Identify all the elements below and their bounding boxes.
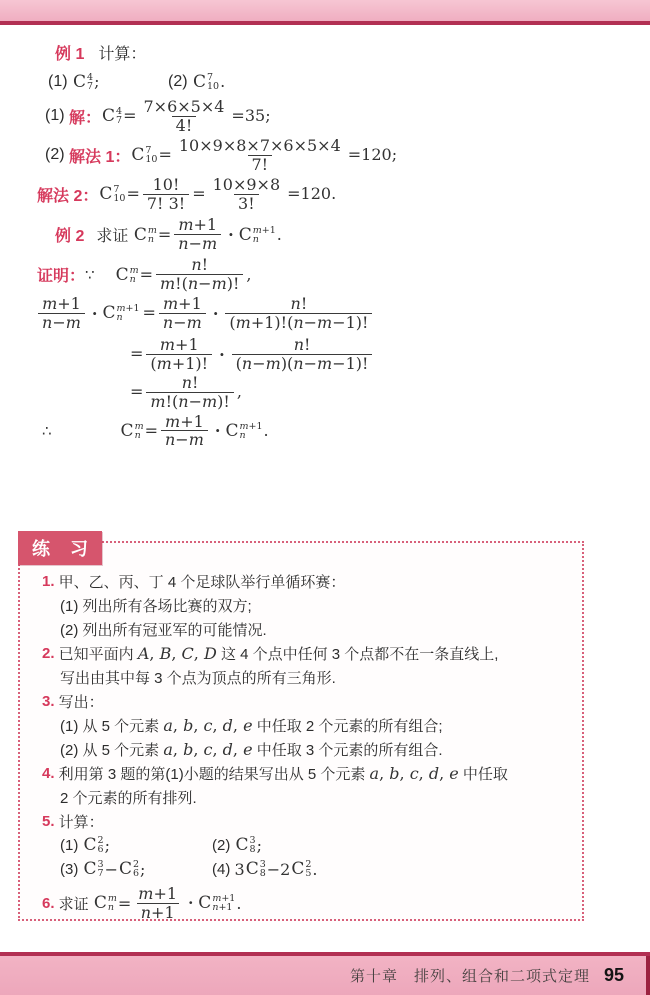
- math-variable: n: [239, 431, 245, 440]
- fraction: 10×9×83!: [209, 176, 285, 213]
- math-operator: ;: [105, 836, 110, 855]
- math-variable: n: [108, 903, 114, 912]
- logic-symbol: ∴: [42, 422, 52, 440]
- math-variable: n: [191, 256, 201, 274]
- content-line: 证明：∵Cmn=n!m!(n−m)!,: [0, 256, 650, 293]
- math-variable: n: [293, 314, 303, 332]
- combination-symbol: Cmn: [134, 225, 157, 245]
- math-run: =: [126, 184, 139, 204]
- math-run: a, b, c, d, e: [163, 740, 252, 759]
- math-variable: d: [223, 716, 233, 735]
- denominator: (m+1)!(n−m−1)!: [225, 313, 372, 332]
- math-operator: +1: [248, 422, 262, 431]
- combination-scripts: 25: [305, 860, 311, 878]
- text-run: (1): [60, 837, 83, 854]
- math-operator: +1)!: [172, 355, 208, 373]
- combination-symbol: C26: [119, 859, 139, 879]
- denominator: n+1: [137, 903, 179, 922]
- math-variable: n: [293, 355, 303, 373]
- denominator: n−m: [174, 234, 221, 253]
- combination-scripts: 710: [145, 146, 157, 164]
- logic-symbol: ∵: [85, 266, 95, 284]
- math-operator: 7: [98, 869, 104, 878]
- text-run: (4): [212, 861, 235, 878]
- math-variable: m: [189, 431, 204, 449]
- math-variable: n: [294, 336, 304, 354]
- math-operator: −: [173, 314, 186, 332]
- math-operator: −: [105, 860, 118, 879]
- math-variable: m: [236, 314, 251, 332]
- math-run: 3: [235, 860, 245, 879]
- math-operator: +1: [57, 295, 81, 313]
- combination-scripts: mn: [148, 226, 157, 244]
- combination-letter: C: [102, 303, 115, 323]
- content-line: (2) 解法 1：C710=10×9×8×7×6×5×47!=120;: [0, 137, 650, 174]
- math-operator: =: [126, 184, 139, 203]
- content-line: 2 个元素的所有排列.: [42, 785, 574, 809]
- math-variable: m: [66, 314, 81, 332]
- combination-scripts: 37: [98, 860, 104, 878]
- math-run: ,: [246, 265, 251, 285]
- numerator: 10×9×8: [209, 176, 285, 194]
- content-line: 3. 写出：: [42, 689, 574, 713]
- text-run: (1) 从 5 个元素: [60, 715, 163, 736]
- denominator: n−m: [159, 313, 206, 332]
- math-variable: m: [138, 885, 153, 903]
- math-variable: m: [42, 295, 57, 313]
- text-run: 写出由其中每 3 个点为顶点的所有三角形.: [60, 667, 336, 688]
- text-run: 甲、乙、丙、丁 4 个足球队举行单循环赛：: [55, 571, 346, 592]
- math-operator: .: [220, 72, 225, 91]
- math-operator: ,: [439, 764, 449, 783]
- math-variable: n: [178, 393, 188, 411]
- fraction: m+1n−m: [38, 295, 85, 332]
- combination-scripts: 47: [116, 107, 122, 125]
- math-operator: 8: [260, 869, 266, 878]
- numerator: n!: [290, 336, 315, 354]
- text-run: 中任取 2 个元素的所有组合;: [253, 715, 443, 736]
- text-run: (2): [45, 146, 69, 164]
- fraction: m+1(m+1)!: [146, 336, 212, 373]
- practice-label-char: 习: [70, 535, 88, 561]
- math-operator: 3: [235, 860, 245, 879]
- math-operator: !: [301, 295, 307, 313]
- numerator: m+1: [161, 413, 208, 431]
- math-operator: ;: [94, 72, 99, 91]
- combination-letter: C: [246, 859, 259, 879]
- math-operator: +1: [126, 304, 140, 313]
- fraction: m+1n−m: [161, 413, 208, 450]
- dot-operator: ·: [188, 894, 193, 912]
- denominator: 7!: [248, 155, 273, 174]
- math-operator: =120;: [348, 145, 397, 164]
- math-run: =: [158, 225, 171, 245]
- fraction: m+1n−m: [174, 216, 221, 253]
- combination-symbol: C710: [131, 145, 157, 165]
- text-run: 计算：: [98, 41, 146, 64]
- combination-letter: C: [84, 859, 97, 879]
- combination-letter: C: [99, 184, 112, 204]
- practice-body: 1. 甲、乙、丙、丁 4 个足球队举行单循环赛：(1) 列出所有各场比赛的双方;…: [20, 543, 582, 922]
- fraction: m+1n+1: [134, 885, 181, 922]
- math-operator: ,: [173, 716, 183, 735]
- math-operator: ;: [140, 860, 145, 879]
- practice-box: 练 习 1. 甲、乙、丙、丁 4 个足球队举行单循环赛：(1) 列出所有各场比赛…: [18, 541, 584, 921]
- math-operator: =120.: [287, 184, 336, 203]
- combination-symbol: Cm+1n+1: [198, 893, 235, 913]
- math-operator: 10: [113, 194, 125, 203]
- examples-section: 例 1计算：(1) C47;(2) C710.(1) 解：C47=7×6×5×4…: [0, 40, 650, 449]
- numerator: 10×9×8×7×6×5×4: [175, 137, 345, 155]
- content-line: =m+1(m+1)!·n!(n−m)(n−m−1)!: [0, 336, 650, 373]
- red-label: 3.: [42, 693, 55, 710]
- math-operator: )!: [217, 393, 230, 411]
- math-run: =: [192, 184, 205, 204]
- fraction: 7×6×5×44!: [139, 98, 228, 135]
- math-run: =: [123, 106, 136, 126]
- combination-symbol: C26: [84, 835, 104, 855]
- math-operator: −: [304, 314, 317, 332]
- math-variable: c: [410, 764, 419, 783]
- content-line: ∴Cmn=m+1n−m·Cm+1n.: [0, 413, 650, 450]
- fraction: 10×9×8×7×6×5×47!: [175, 137, 345, 174]
- math-variable: n: [42, 314, 52, 332]
- content-line: 解法 2：C710=10!7! 3!=10×9×83!=120.: [0, 176, 650, 213]
- combination-letter: C: [239, 225, 252, 245]
- content-line: 写出由其中每 3 个点为顶点的所有三角形.: [42, 665, 574, 689]
- subscript: n: [239, 431, 245, 440]
- denominator: m!(n−m)!: [146, 392, 233, 411]
- math-operator: 5: [305, 869, 311, 878]
- math-operator: .: [312, 860, 317, 879]
- content-line: (2) 从 5 个元素 a, b, c, d, e 中任取 3 个元素的所有组合…: [42, 737, 574, 761]
- red-label: 例 2: [55, 223, 84, 246]
- combination-symbol: C47: [73, 72, 93, 92]
- math-operator: =: [130, 382, 143, 401]
- math-run: ;: [94, 72, 99, 92]
- red-label: 证明：: [37, 263, 85, 286]
- fraction: n!m!(n−m)!: [146, 374, 233, 411]
- text-run: (2): [168, 73, 192, 91]
- math-run: .: [277, 225, 282, 245]
- math-run: =120;: [348, 145, 397, 165]
- combination-scripts: 38: [260, 860, 266, 878]
- subscript: n: [253, 235, 259, 244]
- math-operator: 7×6×5×4: [143, 98, 224, 116]
- numerator: m+1: [174, 216, 221, 234]
- combination-scripts: m+1n: [116, 304, 139, 322]
- text-run: 写出：: [55, 691, 104, 712]
- combination-letter: C: [225, 421, 238, 441]
- math-run: =: [140, 265, 153, 285]
- math-variable: C: [182, 644, 194, 663]
- combination-symbol: Cm+1n: [239, 225, 276, 245]
- math-run: ;: [257, 836, 262, 855]
- math-operator: ,: [212, 716, 222, 735]
- combination-letter: C: [198, 893, 211, 913]
- math-variable: n: [291, 295, 301, 313]
- red-label: 1.: [42, 573, 55, 590]
- numerator: m+1: [156, 336, 203, 354]
- subscript: n+1: [212, 903, 232, 912]
- math-run: −: [105, 860, 118, 879]
- math-operator: +1)!(: [251, 314, 294, 332]
- dot-operator: ·: [213, 304, 219, 323]
- numerator: m+1: [38, 295, 85, 313]
- text-run: 计算：: [55, 811, 104, 832]
- spacer: [84, 234, 96, 235]
- math-operator: +1: [151, 904, 175, 922]
- text-run: 这 4 个点中任何 3 个点都不在一条直线上,: [217, 643, 499, 664]
- numerator: n!: [187, 256, 212, 274]
- math-variable: n: [188, 275, 198, 293]
- math-operator: ,: [379, 764, 389, 783]
- math-run: .: [220, 72, 225, 92]
- fraction: n!(m+1)!(n−m−1)!: [225, 295, 372, 332]
- content-line: (1) 解：C47=7×6×5×44!=35;: [0, 98, 650, 135]
- math-variable: e: [449, 764, 458, 783]
- text-run: (3): [60, 861, 83, 878]
- math-run: =: [143, 303, 156, 323]
- math-variable: n: [130, 275, 136, 284]
- math-operator: −2: [267, 860, 291, 879]
- math-operator: ,: [233, 740, 243, 759]
- math-variable: n: [178, 235, 188, 253]
- subscript: 10: [145, 155, 157, 164]
- red-label: 6.: [42, 895, 55, 912]
- dot-operator: ·: [92, 304, 98, 323]
- math-operator: =: [145, 421, 158, 440]
- denominator: 3!: [234, 194, 259, 213]
- text-run: 中任取 3 个元素的所有组合.: [253, 739, 443, 760]
- combination-scripts: 710: [113, 185, 125, 203]
- subscript: 8: [260, 869, 266, 878]
- text-run: (2) 从 5 个元素: [60, 739, 163, 760]
- combination-scripts: m+1n: [253, 226, 276, 244]
- footer-band: 第十章 排列、组合和二项式定理 95: [0, 956, 650, 995]
- math-operator: )!: [227, 275, 240, 293]
- math-operator: =: [130, 344, 143, 363]
- math-variable: d: [429, 764, 439, 783]
- math-operator: −: [252, 355, 265, 373]
- math-operator: ,: [246, 265, 251, 284]
- combination-symbol: C38: [246, 859, 266, 879]
- math-operator: ,: [173, 740, 183, 759]
- content-line: 2. 已知平面内 A, B, C, D 这 4 个点中任何 3 个点都不在一条直…: [42, 641, 574, 665]
- math-operator: !: [304, 336, 310, 354]
- text-run: 求证: [55, 893, 93, 914]
- math-operator: .: [264, 421, 269, 440]
- text-run: (1): [45, 107, 69, 125]
- math-operator: =: [140, 265, 153, 284]
- subscript: 7: [98, 869, 104, 878]
- textbook-page: { "colors": { "accent_red": "#d6395c", "…: [0, 0, 650, 995]
- two-column-right: (2) C38;: [212, 835, 262, 855]
- math-variable: e: [243, 716, 252, 735]
- combination-symbol: Cmn: [116, 265, 139, 285]
- combination-letter: C: [131, 145, 144, 165]
- math-operator: =: [192, 184, 205, 203]
- subscript: n: [130, 275, 136, 284]
- text-run: (1): [48, 73, 72, 91]
- combination-scripts: 47: [87, 73, 93, 91]
- numerator: 10!: [149, 176, 184, 194]
- math-variable: m: [202, 235, 217, 253]
- content-line: 1. 甲、乙、丙、丁 4 个足球队举行单循环赛：: [42, 569, 574, 593]
- combination-scripts: mn: [108, 894, 117, 912]
- two-column-right: (2) C710.: [168, 72, 225, 92]
- subscript: 10: [207, 82, 219, 91]
- math-operator: 7: [116, 116, 122, 125]
- math-operator: 10!: [153, 176, 180, 194]
- math-variable: n: [135, 431, 141, 440]
- math-operator: 7!: [252, 156, 269, 174]
- subscript: 5: [305, 869, 311, 878]
- math-operator: !: [192, 374, 198, 392]
- combination-scripts: 710: [207, 73, 219, 91]
- math-operator: !: [202, 256, 208, 274]
- subscript: n: [135, 431, 141, 440]
- numerator: 7×6×5×4: [139, 98, 228, 116]
- combination-symbol: Cmn: [121, 421, 144, 441]
- combination-scripts: mn: [135, 422, 144, 440]
- math-variable: m: [202, 393, 217, 411]
- math-operator: ,: [171, 644, 181, 663]
- denominator: n−m: [161, 430, 208, 449]
- math-operator: 10: [145, 155, 157, 164]
- text-run: 已知平面内: [55, 643, 138, 664]
- math-operator: −: [52, 314, 65, 332]
- math-variable: b: [183, 740, 193, 759]
- math-run: ,: [237, 382, 242, 402]
- math-operator: ,: [193, 740, 203, 759]
- math-operator: +1: [180, 413, 204, 431]
- math-operator: ,: [194, 644, 204, 663]
- math-operator: 6: [133, 869, 139, 878]
- subscript: n: [148, 235, 154, 244]
- math-variable: m: [160, 336, 175, 354]
- text-run: 中任取: [459, 763, 508, 784]
- denominator: 7! 3!: [143, 194, 189, 213]
- dot-operator: ·: [219, 345, 225, 364]
- math-operator: !(: [175, 275, 188, 293]
- math-operator: +1: [218, 903, 232, 912]
- math-operator: ,: [212, 740, 222, 759]
- content-line: 4. 利用第 3 题的第(1)小题的结果写出从 5 个元素 a, b, c, d…: [42, 761, 574, 785]
- text-run: 利用第 3 题的第(1)小题的结果写出从 5 个元素: [55, 763, 370, 784]
- content-line: 例 2求证 Cmn=m+1n−m·Cm+1n.: [0, 216, 650, 253]
- combination-letter: C: [94, 893, 107, 913]
- fraction: n!m!(n−m)!: [156, 256, 243, 293]
- math-run: .: [236, 894, 241, 913]
- math-operator: 10: [207, 82, 219, 91]
- math-variable: m: [317, 355, 332, 373]
- content-line: (1) C26;(2) C38;: [42, 833, 574, 857]
- content-line: 5. 计算：: [42, 809, 574, 833]
- math-variable: m: [178, 216, 193, 234]
- math-run: A, B, C, D: [138, 644, 217, 663]
- math-variable: m: [157, 355, 172, 373]
- math-variable: n: [165, 431, 175, 449]
- math-variable: A: [138, 644, 150, 663]
- math-operator: −: [304, 355, 317, 373]
- spacer: [52, 430, 120, 431]
- math-operator: !(: [166, 393, 179, 411]
- math-operator: +1: [193, 216, 217, 234]
- red-label: 解法 1：: [69, 144, 130, 167]
- math-variable: n: [163, 314, 173, 332]
- subscript: 6: [98, 845, 104, 854]
- math-run: =: [145, 421, 158, 441]
- math-operator: 3!: [238, 195, 255, 213]
- combination-scripts: 38: [250, 836, 256, 854]
- content-line: =n!m!(n−m)!,: [0, 374, 650, 411]
- content-line: 例 1计算：: [0, 40, 650, 64]
- combination-symbol: C37: [84, 859, 104, 879]
- math-operator: =: [158, 225, 171, 244]
- math-operator: −: [175, 431, 188, 449]
- math-variable: B: [160, 644, 172, 663]
- combination-symbol: Cmn: [94, 893, 117, 913]
- fraction: m+1n−m: [159, 295, 206, 332]
- chapter-title: 第十章 排列、组合和二项式定理: [350, 965, 590, 986]
- math-operator: =: [118, 894, 131, 913]
- math-operator: −: [189, 235, 202, 253]
- math-operator: ,: [193, 716, 203, 735]
- math-variable: a: [163, 716, 173, 735]
- math-run: a, b, c, d, e: [163, 716, 252, 735]
- numerator: m+1: [159, 295, 206, 313]
- math-variable: n: [148, 235, 154, 244]
- numerator: m+1: [134, 885, 181, 903]
- math-operator: ,: [233, 716, 243, 735]
- spacer: [84, 52, 98, 53]
- two-column-left: (3) C37−C26;: [60, 859, 212, 879]
- combination-symbol: Cm+1n: [225, 421, 262, 441]
- math-operator: +1: [262, 226, 276, 235]
- math-run: ;: [140, 860, 145, 879]
- math-variable: b: [183, 716, 193, 735]
- text-run: (2) 列出所有冠亚军的可能情况.: [60, 619, 267, 640]
- math-variable: n: [116, 313, 122, 322]
- math-variable: m: [317, 314, 332, 332]
- content-line: (3) C37−C26;(4) 3C38−2C25.: [42, 857, 574, 881]
- math-run: =: [118, 894, 131, 913]
- math-variable: n: [253, 235, 259, 244]
- combination-letter: C: [193, 72, 206, 92]
- red-label: 4.: [42, 765, 55, 782]
- math-operator: =35;: [231, 106, 270, 125]
- math-operator: ,: [149, 644, 159, 663]
- math-run: ;: [105, 836, 110, 855]
- text-run: (2): [212, 837, 235, 854]
- math-run: =: [130, 344, 143, 364]
- combination-symbol: C38: [236, 835, 256, 855]
- math-variable: m: [160, 275, 175, 293]
- denominator: 4!: [172, 116, 197, 135]
- math-operator: ;: [257, 836, 262, 855]
- math-run: =35;: [231, 106, 270, 126]
- math-operator: .: [236, 894, 241, 913]
- combination-symbol: C25: [291, 859, 311, 879]
- combination-scripts: m+1n+1: [212, 894, 235, 912]
- math-operator: =: [143, 303, 156, 322]
- dot-operator: ·: [215, 421, 221, 440]
- math-operator: −1)!: [332, 314, 368, 332]
- math-variable: D: [204, 644, 217, 663]
- top-rule: [0, 21, 650, 25]
- text-run: (1) 列出所有各场比赛的双方;: [60, 595, 252, 616]
